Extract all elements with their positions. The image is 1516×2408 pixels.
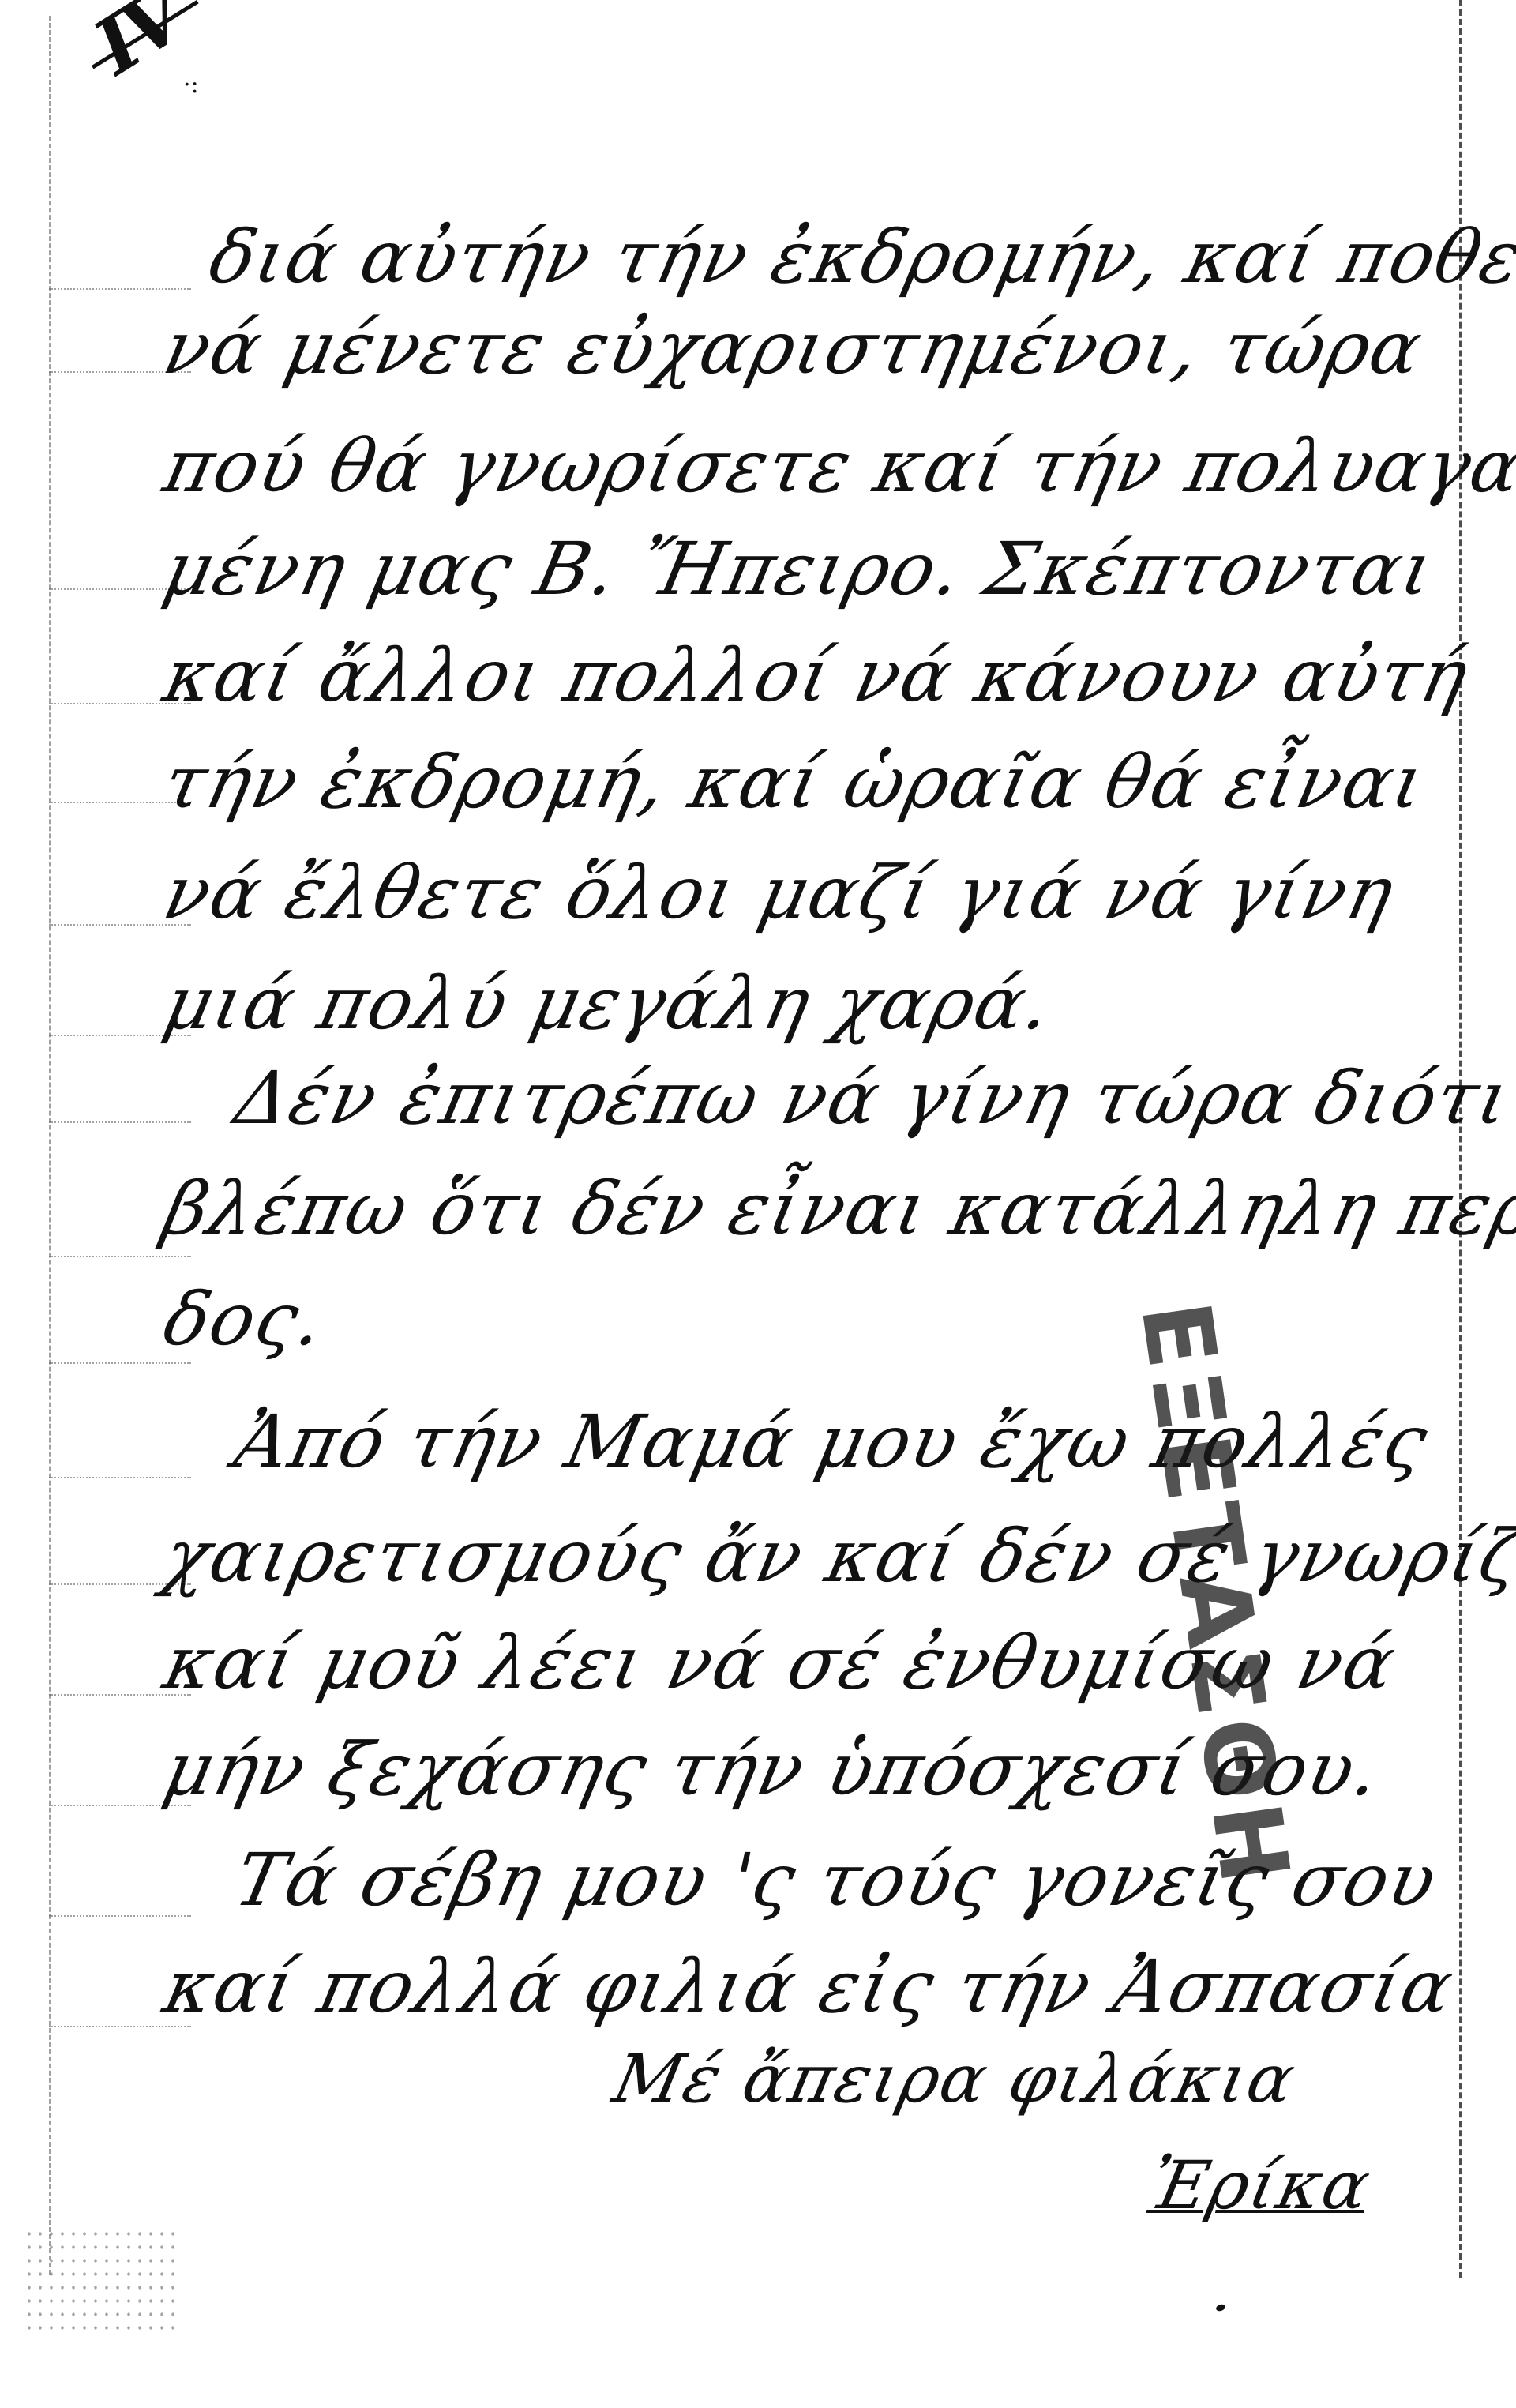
page-number-mark: IV — [79, 0, 198, 92]
letter-line: τήν ἐκδρομή, καί ὡραῖα θά εἶναι — [158, 746, 1432, 819]
ruled-line — [49, 1362, 191, 1364]
letter-line: Δέν ἐπιτρέπω νά γίνη τώρα διότι — [229, 1062, 1516, 1135]
letter-line: Ἀπό τήν Μαμά μου ἔχω πολλές — [229, 1406, 1435, 1478]
left-margin-line — [49, 16, 51, 2275]
ruled-line — [49, 1121, 191, 1123]
letter-line: νά ἔλθετε ὅλοι μαζί γιά νά γίνη — [158, 857, 1401, 930]
ink-dot — [1215, 2303, 1226, 2312]
letter-line: καί πολλά φιλιά εἰς τήν Ἀσπασία — [158, 1951, 1461, 2023]
letter-signature: Ἐρίκα — [1145, 2152, 1377, 2218]
page-mark-dot: ·: — [183, 71, 199, 99]
ruled-line — [49, 1256, 191, 1257]
ruled-line — [49, 288, 191, 290]
letter-page: IV ·: διά αὐτήν τήν ἐκδρομήν, καί ποθείω… — [0, 0, 1516, 2408]
letter-line: νά μένετε εὐχαριστημένοι, τώρα — [158, 312, 1429, 385]
letter-line: πού θά γνωρίσετε καί τήν πολυαγαπη- — [158, 430, 1516, 503]
letter-line: διά αὐτήν τήν ἐκδρομήν, καί ποθείω — [204, 221, 1516, 294]
letter-line: χαιρετισμούς ἄν καί δέν σέ γνωρίζει, — [158, 1520, 1516, 1593]
letter-line: μιά πολύ μεγάλη χαρά. — [158, 967, 1058, 1040]
letter-line: καί ἄλλοι πολλοί νά κάνουν αὐτή — [158, 640, 1475, 712]
letter-line: βλέπω ὅτι δέν εἶναι κατάλληλη περίο- — [158, 1173, 1516, 1245]
letter-line: μένη μας Β. Ἤπειρο. Σκέπτονται — [158, 533, 1441, 606]
scan-noise — [24, 2227, 182, 2338]
ruled-line — [49, 1477, 191, 1478]
letter-line: δος. — [158, 1283, 331, 1356]
ruled-line — [49, 1915, 191, 1917]
letter-closing: Μέ ἄπειρα φιλάκια — [608, 2045, 1302, 2112]
